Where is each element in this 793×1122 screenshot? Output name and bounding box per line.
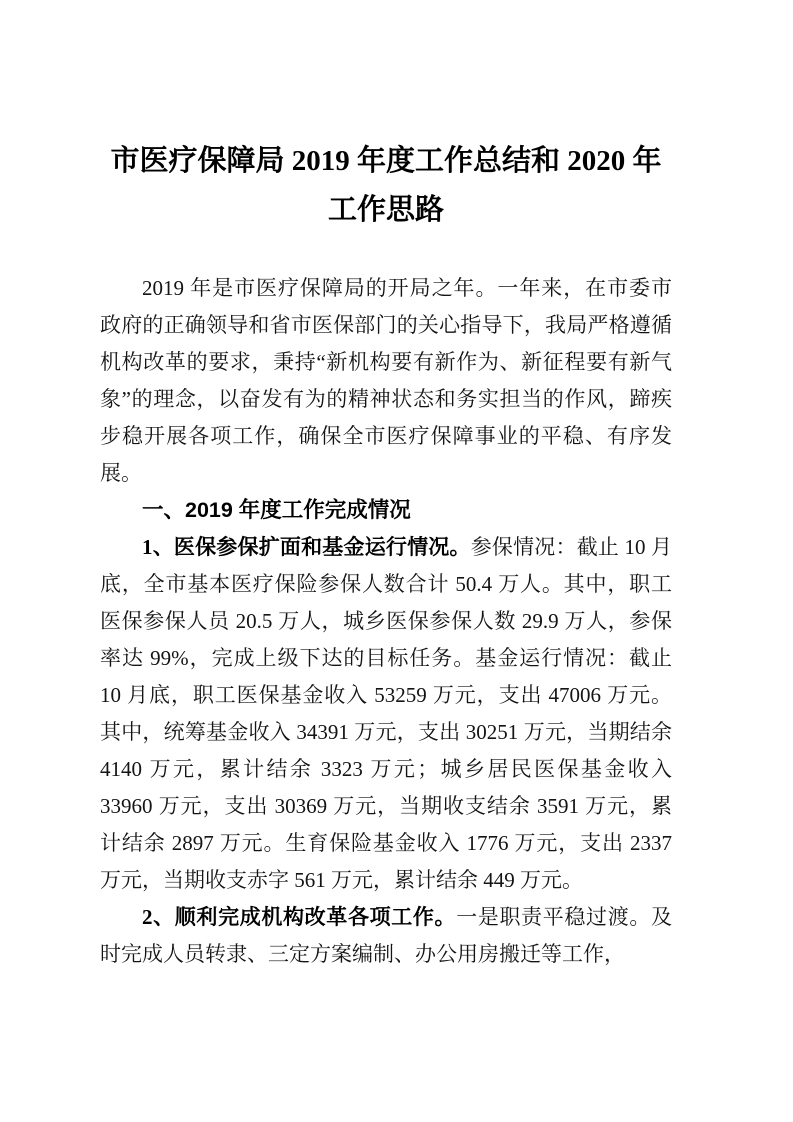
document-content: 市医疗保障局 2019 年度工作总结和 2020 年工作思路 2019 年是市医… (100, 0, 672, 973)
item-1-lead: 1、医保参保扩面和基金运行情况。 (142, 535, 471, 559)
section-1-heading: 一、2019 年度工作完成情况 (100, 492, 672, 529)
intro-paragraph: 2019 年是市医疗保障局的开局之年。一年来，在市委市政府的正确领导和省市医保部… (100, 270, 672, 492)
item-1-text: 参保情况：截止 10 月底，全市基本医疗保险参保人数合计 50.4 万人。其中，… (100, 535, 672, 892)
item-2-paragraph: 2、顺利完成机构改革各项工作。一是职责平稳过渡。及时完成人员转隶、三定方案编制、… (100, 899, 672, 973)
document-title: 市医疗保障局 2019 年度工作总结和 2020 年工作思路 (100, 137, 672, 235)
document-page: 市医疗保障局 2019 年度工作总结和 2020 年工作思路 2019 年是市医… (0, 0, 793, 1122)
item-2-lead: 2、顺利完成机构改革各项工作。 (142, 905, 456, 929)
item-1-paragraph: 1、医保参保扩面和基金运行情况。参保情况：截止 10 月底，全市基本医疗保险参保… (100, 529, 672, 899)
